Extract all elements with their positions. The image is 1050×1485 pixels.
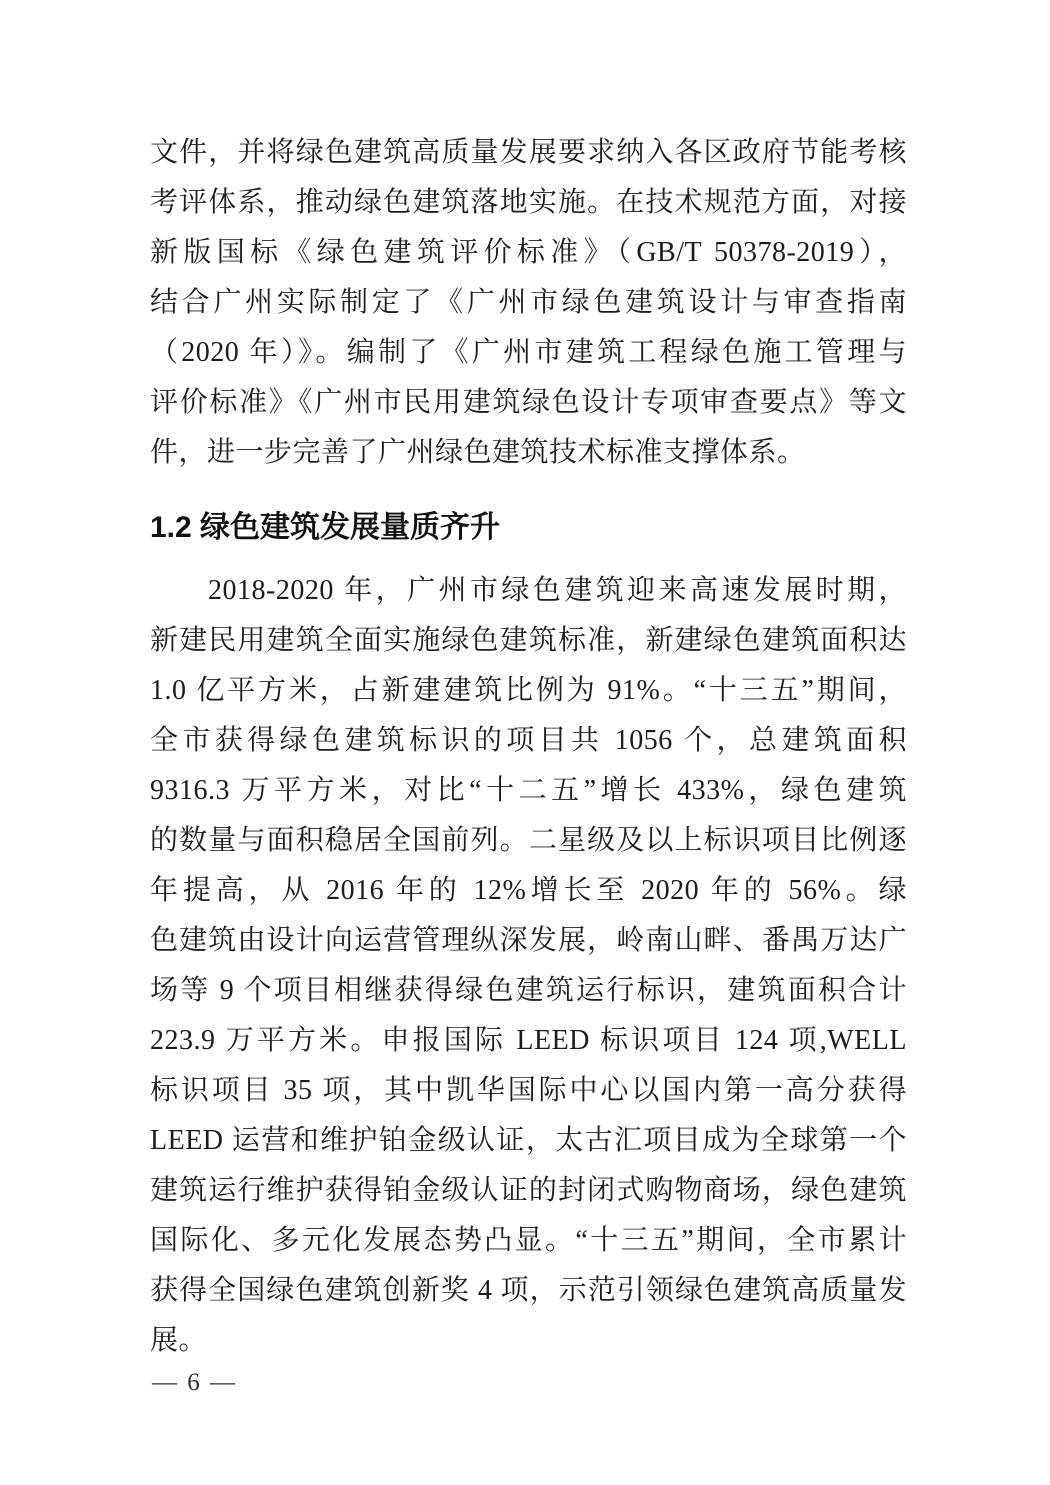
text-line: 场等 9 个项目相继获得绿色建筑运行标识，建筑面积合计 — [150, 966, 907, 1016]
text-line: 年提高，从 2016 年的 12%增长至 2020 年的 56%。绿 — [150, 866, 907, 916]
text-line: 的数量与面积稳居全国前列。二星级及以上标识项目比例逐 — [150, 816, 907, 866]
text-line: 新版国标《绿色建筑评价标准》（GB/T 50378-2019）， — [150, 228, 907, 278]
text-line: 新建民用建筑全面实施绿色建筑标准，新建绿色建筑面积达 — [150, 616, 907, 666]
text-line: 评价标准》《广州市民用建筑绿色设计专项审查要点》等文 — [150, 378, 907, 428]
text-line: 结合广州实际制定了《广州市绿色建筑设计与审查指南 — [150, 278, 907, 328]
text-line: （2020 年）》。编制了《广州市建筑工程绿色施工管理与 — [150, 328, 907, 378]
text-line: 色建筑由设计向运营管理纵深发展，岭南山畔、番禺万达广 — [150, 916, 907, 966]
text-line: 2018-2020 年，广州市绿色建筑迎来高速发展时期， — [150, 566, 907, 616]
text-line: 件，进一步完善了广州绿色建筑技术标准支撑体系。 — [150, 428, 907, 478]
page-content: 文件，并将绿色建筑高质量发展要求纳入各区政府节能考核 考评体系，推动绿色建筑落地… — [150, 128, 907, 1366]
text-line: 标识项目 35 项，其中凯华国际中心以国内第一高分获得 — [150, 1066, 907, 1116]
text-line: 国际化、多元化发展态势凸显。“十三五”期间，全市累计 — [150, 1216, 907, 1266]
text-line: LEED 运营和维护铂金级认证，太古汇项目成为全球第一个 — [150, 1116, 907, 1166]
paragraph-green-building-development: 2018-2020 年，广州市绿色建筑迎来高速发展时期， 新建民用建筑全面实施绿… — [150, 566, 907, 1366]
text-line: 1.0 亿平方米，占新建建筑比例为 91%。“十三五”期间， — [150, 666, 907, 716]
page-number: — 6 — — [152, 1368, 237, 1398]
text-line: 9316.3 万平方米，对比“十二五”增长 433%，绿色建筑 — [150, 766, 907, 816]
text-line: 考评体系，推动绿色建筑落地实施。在技术规范方面，对接 — [150, 178, 907, 228]
text-line: 展。 — [150, 1316, 907, 1366]
section-heading: 1.2 绿色建筑发展量质齐升 — [150, 502, 907, 554]
document-page: 文件，并将绿色建筑高质量发展要求纳入各区政府节能考核 考评体系，推动绿色建筑落地… — [0, 0, 1050, 1485]
text-line: 获得全国绿色建筑创新奖 4 项，示范引领绿色建筑高质量发 — [150, 1266, 907, 1316]
paragraph-continued: 文件，并将绿色建筑高质量发展要求纳入各区政府节能考核 考评体系，推动绿色建筑落地… — [150, 128, 907, 478]
text-line: 223.9 万平方米。申报国际 LEED 标识项目 124 项,WELL — [150, 1016, 907, 1066]
text-line: 全市获得绿色建筑标识的项目共 1056 个，总建筑面积 — [150, 716, 907, 766]
text-line: 文件，并将绿色建筑高质量发展要求纳入各区政府节能考核 — [150, 128, 907, 178]
text-line: 建筑运行维护获得铂金级认证的封闭式购物商场，绿色建筑 — [150, 1166, 907, 1216]
